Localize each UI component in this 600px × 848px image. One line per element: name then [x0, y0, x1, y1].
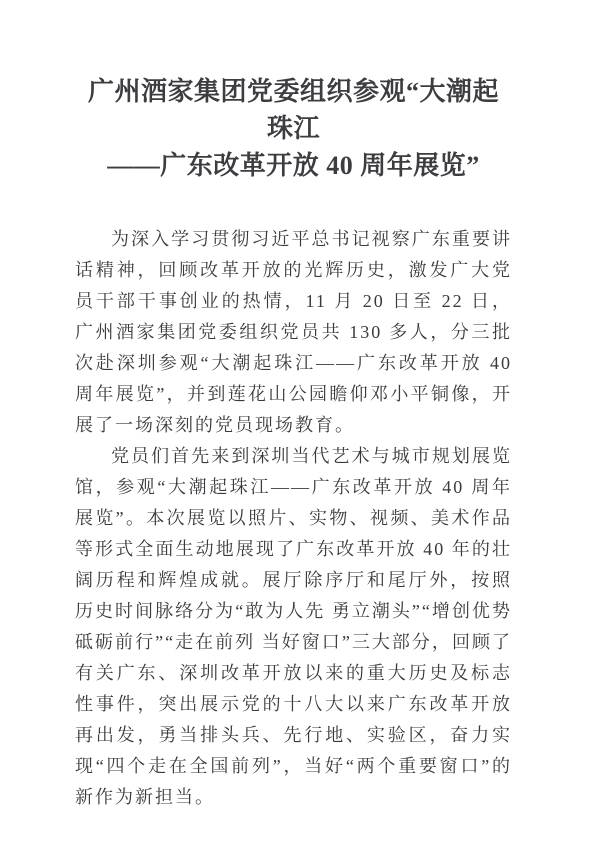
document-body: 广州酒家集团党委组织参观“大潮起珠江 ——广东改革开放 40 周年展览” 为深入… — [0, 0, 600, 813]
paragraph-2: 党员们首先来到深圳当代艺术与城市规划展览馆，参观“大潮起珠江——广东改革开放 4… — [75, 441, 512, 813]
document-title: 广州酒家集团党委组织参观“大潮起珠江 ——广东改革开放 40 周年展览” — [75, 73, 512, 184]
document-title-line-1: 广州酒家集团党委组织参观“大潮起珠江 — [83, 73, 504, 147]
document-page: 广州酒家集团党委组织参观“大潮起珠江 ——广东改革开放 40 周年展览” 为深入… — [0, 0, 600, 848]
paragraph-1: 为深入学习贯彻习近平总书记视察广东重要讲话精神，回顾改革开放的光辉历史，激发广大… — [75, 224, 512, 441]
document-title-line-2: ——广东改革开放 40 周年展览” — [83, 147, 504, 184]
